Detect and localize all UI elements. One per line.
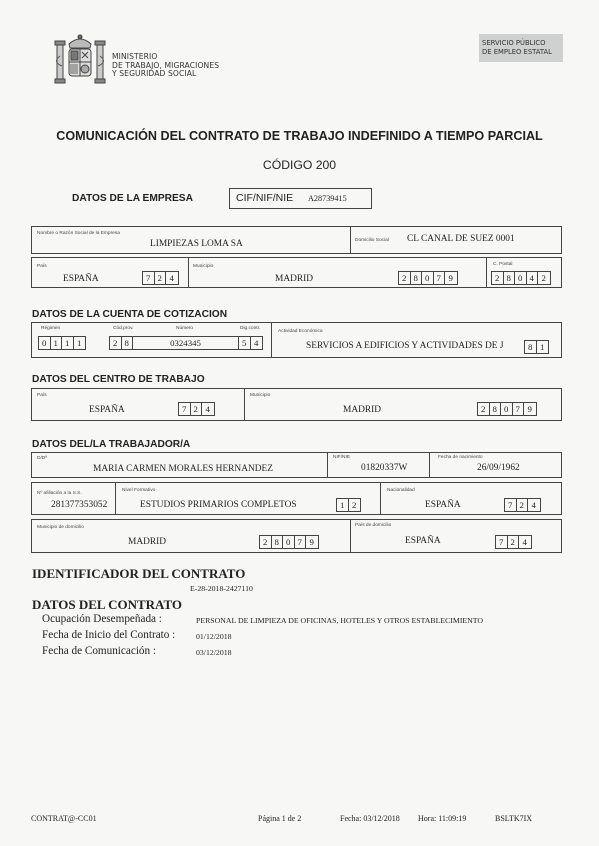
- regimen-label: Régimen: [41, 326, 60, 331]
- footer-page: Página 1 de 2: [258, 814, 301, 823]
- agency-line: DE EMPLEO ESTATAL: [482, 48, 563, 57]
- cotizacion-section-title: DATOS DE LA CUENTA DE COTIZACION: [32, 309, 227, 320]
- actividad-label: Actividad Económica: [278, 329, 323, 334]
- afiliacion-value: 281377353052: [51, 500, 107, 510]
- cuenta-cotizacion-field: 2 8 0324345 5 4: [109, 336, 263, 350]
- ocupacion-label: Ocupación Desempeñada :: [42, 613, 162, 625]
- fecha-inicio-value: 01/12/2018: [196, 632, 232, 641]
- domicilio-label: Domicilio Social: [355, 238, 389, 243]
- nivel-code: 12: [336, 498, 361, 512]
- actividad-value: SERVICIOS A EDIFICIOS Y ACTIVIDADES DE J: [306, 341, 504, 351]
- centro-municipio-value: MADRID: [343, 405, 381, 415]
- nombre-value: MARIA CARMEN MORALES HERNANDEZ: [93, 464, 273, 474]
- empresa-pais-code: 724: [142, 271, 179, 285]
- centro-pais-value: ESPAÑA: [89, 405, 125, 415]
- empresa-cpostal-label: C. Postal: [493, 262, 512, 267]
- municipio-dom-label: Municipio de domicilio: [37, 525, 84, 530]
- municipio-dom-code: 28079: [259, 535, 319, 549]
- footer-hora: Hora: 11:09:19: [418, 814, 466, 823]
- nivel-value: ESTUDIOS PRIMARIOS COMPLETOS: [140, 500, 297, 510]
- empresa-municipio-label: Municipio: [193, 264, 213, 269]
- fecha-inicio-label: Fecha de Inicio del Contrato :: [42, 629, 175, 641]
- empresa-pais-label: País: [37, 264, 47, 269]
- nif-label: NIF/NIE: [333, 455, 350, 460]
- document-code: CÓDIGO 200: [0, 158, 599, 172]
- codprov-label: Cód.prov.: [113, 326, 133, 331]
- digcontr-label: Dig.contr.: [240, 326, 260, 331]
- nacimiento-label: Fecha de nacimiento: [438, 455, 483, 460]
- municipio-dom-value: MADRID: [128, 537, 166, 547]
- nivel-label: Nivel Formativo: [122, 488, 155, 493]
- regimen-code: 0111: [38, 336, 86, 350]
- centro-pais-label: País: [37, 393, 47, 398]
- afiliacion-label: Nº afiliación a la S.S.: [37, 491, 82, 496]
- centro-section-title: DATOS DEL CENTRO DE TRABAJO: [32, 374, 205, 385]
- identificador-value: E-28-2018-2427110: [190, 584, 253, 593]
- spain-coat-of-arms-icon: [52, 32, 108, 90]
- ministry-name: MINISTERIO DE TRABAJO, MIGRACIONES Y SEG…: [112, 53, 219, 79]
- actividad-box: [271, 322, 562, 358]
- empresa-pais-value: ESPAÑA: [63, 274, 99, 284]
- cif-value: A28739415: [308, 194, 347, 203]
- cif-label: CIF/NIF/NIE: [236, 192, 293, 204]
- fecha-comunicacion-label: Fecha de Comunicación :: [42, 645, 156, 657]
- razon-social-value: LIMPIEZAS LOMA SA: [150, 239, 243, 249]
- pais-dom-code: 724: [495, 535, 532, 549]
- nombre-label: D/Dª: [37, 456, 47, 461]
- nacionalidad-code: 724: [504, 498, 541, 512]
- pais-dom-value: ESPAÑA: [405, 536, 441, 546]
- ocupacion-value: PERSONAL DE LIMPIEZA DE OFICINAS, HOTELE…: [196, 616, 483, 625]
- trabajador-section-title: DATOS DEL/LA TRABAJADOR/A: [32, 439, 190, 450]
- domicilio-value: CL CANAL DE SUEZ 0001: [407, 234, 515, 244]
- numero-value: 0324345: [133, 337, 239, 349]
- razon-social-label: Nombre o Razón Social de la Empresa: [37, 231, 120, 236]
- empresa-municipio-value: MADRID: [275, 274, 313, 284]
- actividad-code: 81: [524, 340, 549, 354]
- contrato-section-title: DATOS DEL CONTRATO: [32, 597, 182, 613]
- agency-line: SERVICIO PÚBLICO: [482, 39, 563, 48]
- footer-fecha: Fecha: 03/12/2018: [340, 814, 400, 823]
- centro-municipio-code: 28079: [477, 402, 537, 416]
- identificador-title: IDENTIFICADOR DEL CONTRATO: [32, 566, 245, 582]
- nacionalidad-value: ESPAÑA: [425, 500, 461, 510]
- nacionalidad-label: Nacionalidad: [387, 488, 415, 493]
- pais-dom-label: País de domicilio: [355, 523, 391, 528]
- numero-label: Número: [176, 326, 193, 331]
- nif-value: 01820337W: [361, 463, 407, 473]
- footer-code: BSLTK7IX: [495, 814, 532, 823]
- centro-municipio-label: Municipio: [250, 393, 270, 398]
- empresa-cpostal-code: 28042: [491, 271, 551, 285]
- agency-badge: SERVICIO PÚBLICO DE EMPLEO ESTATAL: [479, 34, 563, 62]
- empresa-section-title: DATOS DE LA EMPRESA: [72, 193, 193, 204]
- fecha-comunicacion-value: 03/12/2018: [196, 648, 232, 657]
- centro-pais-code: 724: [178, 402, 215, 416]
- document-title: COMUNICACIÓN DEL CONTRATO DE TRABAJO IND…: [0, 129, 599, 143]
- empresa-municipio-code: 28079: [398, 271, 458, 285]
- footer-system: CONTRAT@-CC01: [31, 814, 97, 823]
- ministry-line: Y SEGURIDAD SOCIAL: [112, 70, 219, 79]
- nacimiento-value: 26/09/1962: [477, 463, 520, 473]
